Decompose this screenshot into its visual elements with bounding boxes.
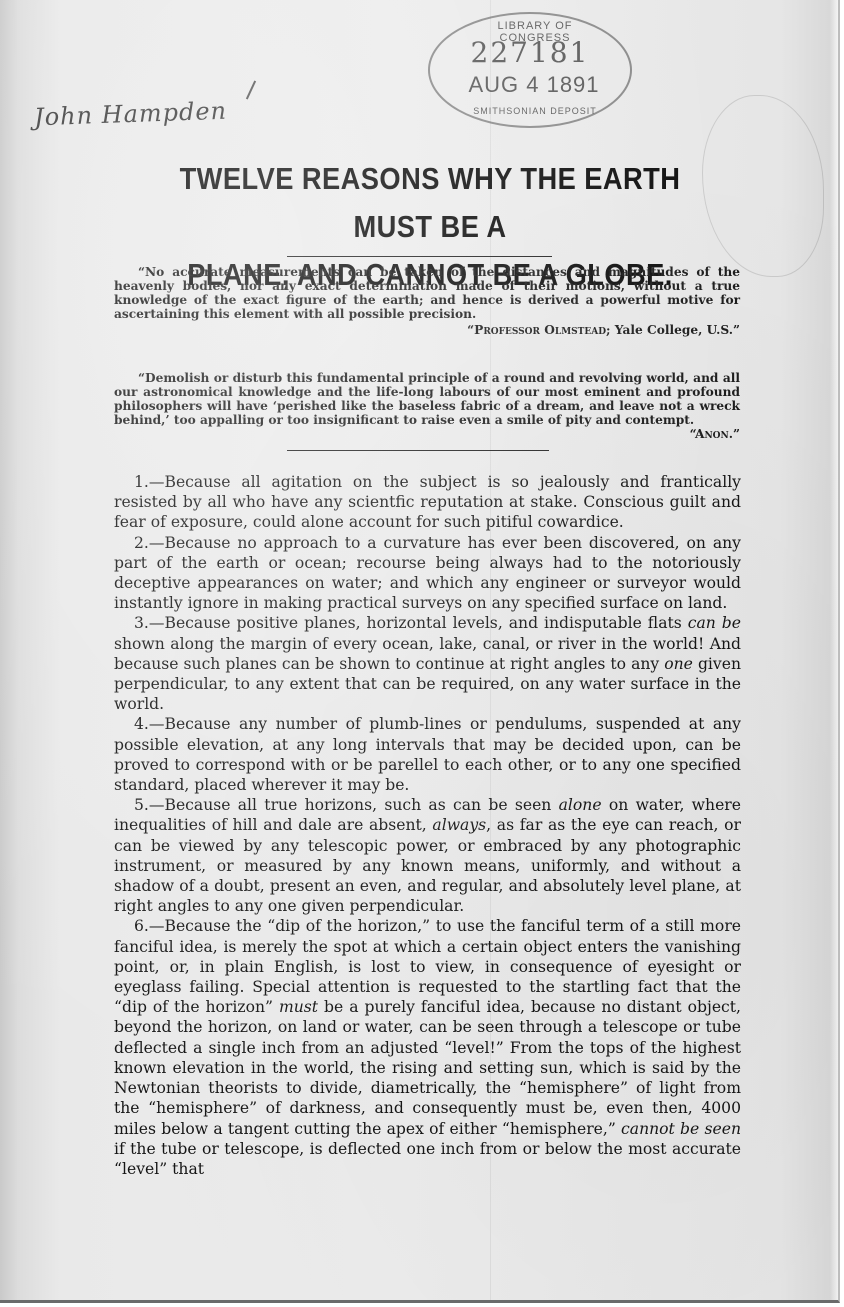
stamp-number: 227181 [460, 36, 600, 69]
reason-text: if the tube or telescope, is deflected o… [114, 1140, 741, 1178]
reason-text: —Because all true horizons, such as can … [149, 796, 559, 814]
epigraph-text: “Demolish or disturb this fundamental pr… [114, 371, 740, 427]
stamp-bottom-text: SMITHSONIAN DEPOSIT [460, 106, 610, 116]
reason-text: shown along the margin of every ocean, l… [114, 635, 741, 673]
water-stain [702, 95, 824, 277]
divider-rule [287, 256, 552, 257]
reason-text: —Because positive planes, horizontal lev… [149, 614, 688, 632]
epigraph-text: “No accurate measurements can be taken o… [114, 265, 740, 321]
emphasis-text: alone [559, 796, 602, 814]
emphasis-text: always [432, 816, 486, 834]
emphasis-text: can be [688, 614, 741, 632]
reason-number: 3. [134, 614, 149, 632]
reason-item: 5.—Because all true horizons, such as ca… [114, 795, 741, 916]
epigraph-attribution: “Anon.” [114, 427, 740, 441]
reason-number: 1. [134, 473, 149, 491]
reason-item: 3.—Because positive planes, horizontal l… [114, 613, 741, 714]
reason-text: be a purely fanciful idea, because no di… [114, 998, 741, 1137]
reason-item: 6.—Because the “dip of the horizon,” to … [114, 916, 741, 1179]
reason-item: 1.—Because all agitation on the subject … [114, 472, 741, 533]
divider-rule [287, 450, 549, 451]
pencil-mark [246, 81, 256, 100]
emphasis-text: one [664, 655, 693, 673]
epigraph-anon: “Demolish or disturb this fundamental pr… [114, 371, 740, 441]
reason-number: 6. [134, 917, 149, 935]
title-line-1: TWELVE REASONS WHY THE EARTH MUST BE A [148, 155, 711, 251]
epigraph-olmstead: “No accurate measurements can be taken o… [114, 265, 740, 337]
reason-number: 5. [134, 796, 149, 814]
library-stamp: LIBRARY OF CONGRESS 227181 AUG 4 1891 SM… [428, 12, 632, 128]
reason-text: —Because any number of plumb-lines or pe… [114, 715, 741, 794]
epigraph-attribution: “Professor Olmstead; Yale College, U.S.” [114, 323, 740, 337]
stamp-date: AUG 4 1891 [454, 72, 614, 98]
reason-number: 2. [134, 534, 149, 552]
attribution-name: “Anon.” [690, 427, 740, 441]
emphasis-text: cannot be seen [621, 1120, 741, 1138]
reason-text: —Because no approach to a curvature has … [114, 534, 741, 613]
attribution-name: “Professor Olmstead [467, 323, 606, 337]
reason-item: 4.—Because any number of plumb-lines or … [114, 714, 741, 795]
reason-text: —Because all agitation on the subject is… [114, 473, 741, 531]
reason-number: 4. [134, 715, 149, 733]
document-page: LIBRARY OF CONGRESS 227181 AUG 4 1891 SM… [0, 0, 840, 1303]
reason-item: 2.—Because no approach to a curvature ha… [114, 533, 741, 614]
reasons-list: 1.—Because all agitation on the subject … [114, 472, 741, 1179]
attribution-rest: ; Yale College, U.S.” [606, 323, 740, 337]
emphasis-text: must [279, 998, 318, 1016]
handwritten-signature: John Hampden [34, 97, 228, 132]
